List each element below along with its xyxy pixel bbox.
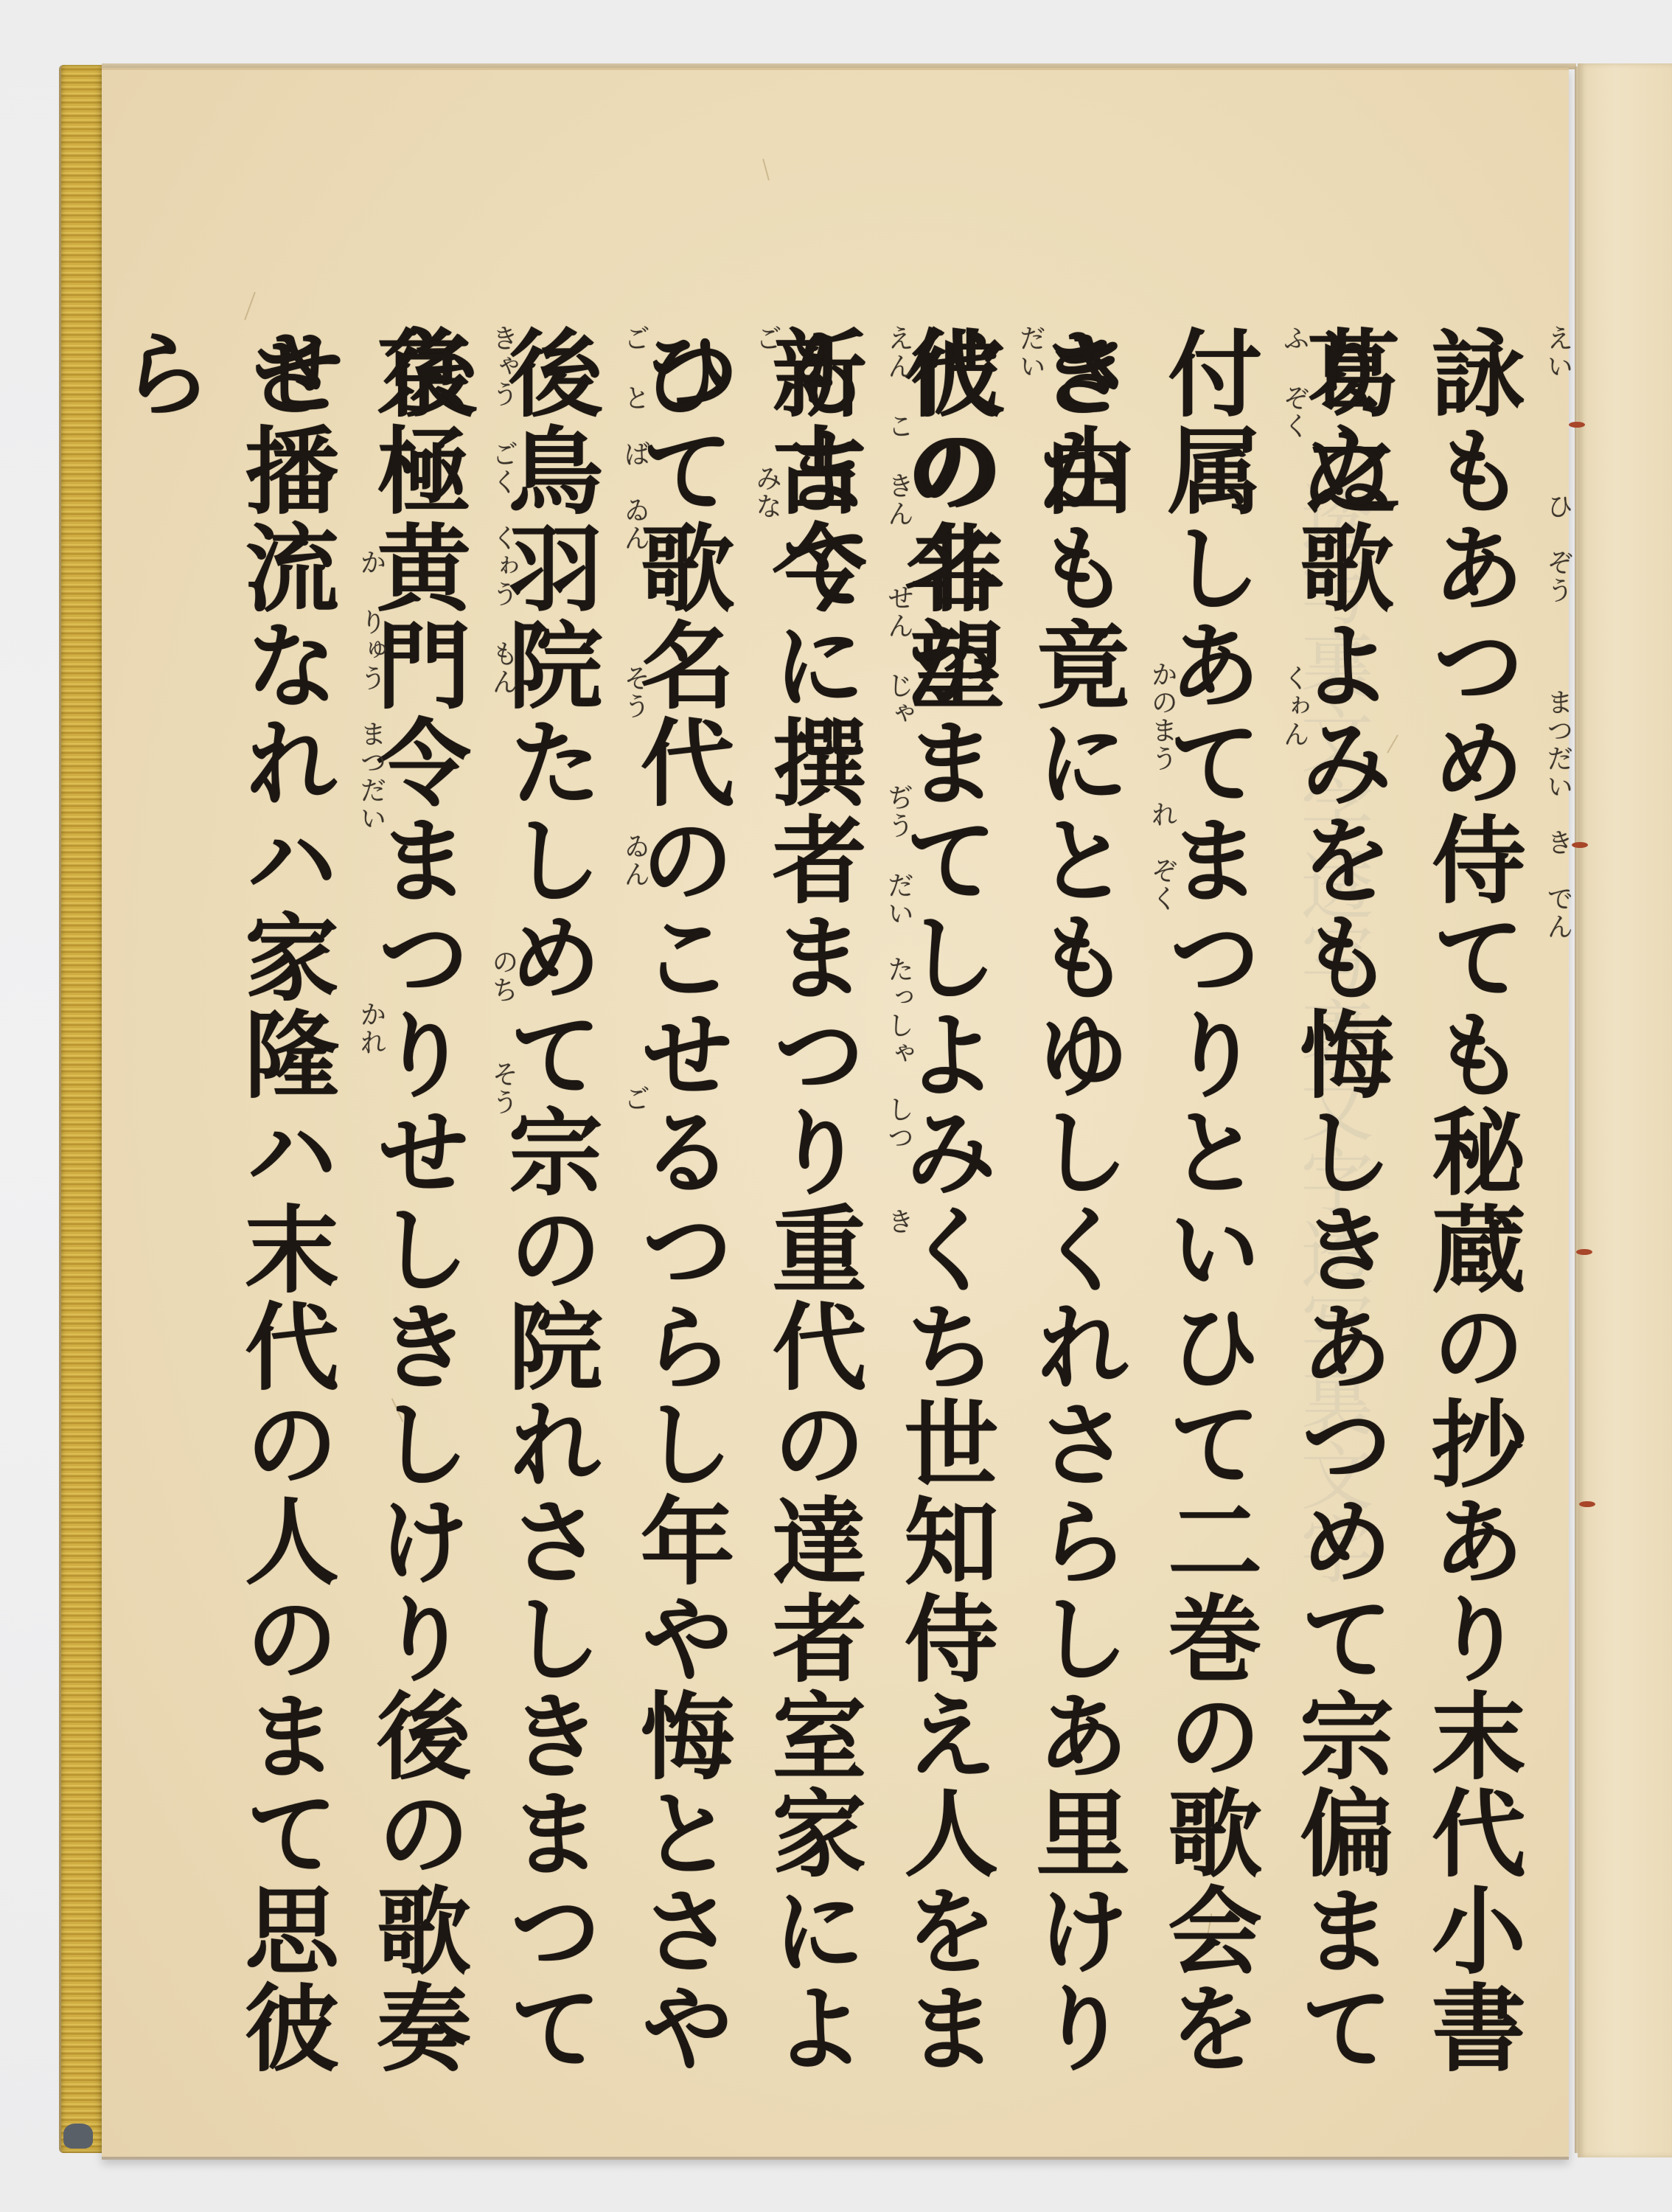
furigana: か りゅう まつだい かれ (349, 324, 392, 2094)
facing-page-edge (1578, 63, 1672, 2157)
furigana (1404, 324, 1447, 2094)
calligraphy-text-block: 詠もあつめ侍ても秘蔵の抄あり末代小書葛之 えい ひ ぞう まつだい き でん り… (221, 324, 1533, 2094)
furigana: かのまう れ ぞく (1140, 324, 1183, 2094)
furigana: きゃう ごく くゎう もん のち そう (481, 324, 524, 2094)
furigana: ご みな (745, 324, 788, 2094)
furigana: ご と ば ゐん そう ゐん ご (613, 324, 656, 2094)
spine-corner-cap (63, 2124, 93, 2149)
furigana: だい (1009, 324, 1051, 2094)
book-photograph: 透写裏文字透写裏文字透写裏文字 詠もあつめ侍ても秘蔵の抄あり末代小書葛之 えい … (0, 0, 1672, 2212)
furigana: ふ ぞく くゎん (1272, 324, 1315, 2094)
text-column-10: さ播流なれハ家隆ハ末代の人のまて思彼ら か りゅう まつだい かれ (221, 324, 346, 2094)
binding-thread-hole (1579, 1501, 1595, 1507)
furigana: えい ひ ぞう まつだい き でん (1536, 324, 1579, 2094)
furigana: えん こ きん せん じゃ ぢう だい たっしゃ しつ き (877, 324, 920, 2094)
